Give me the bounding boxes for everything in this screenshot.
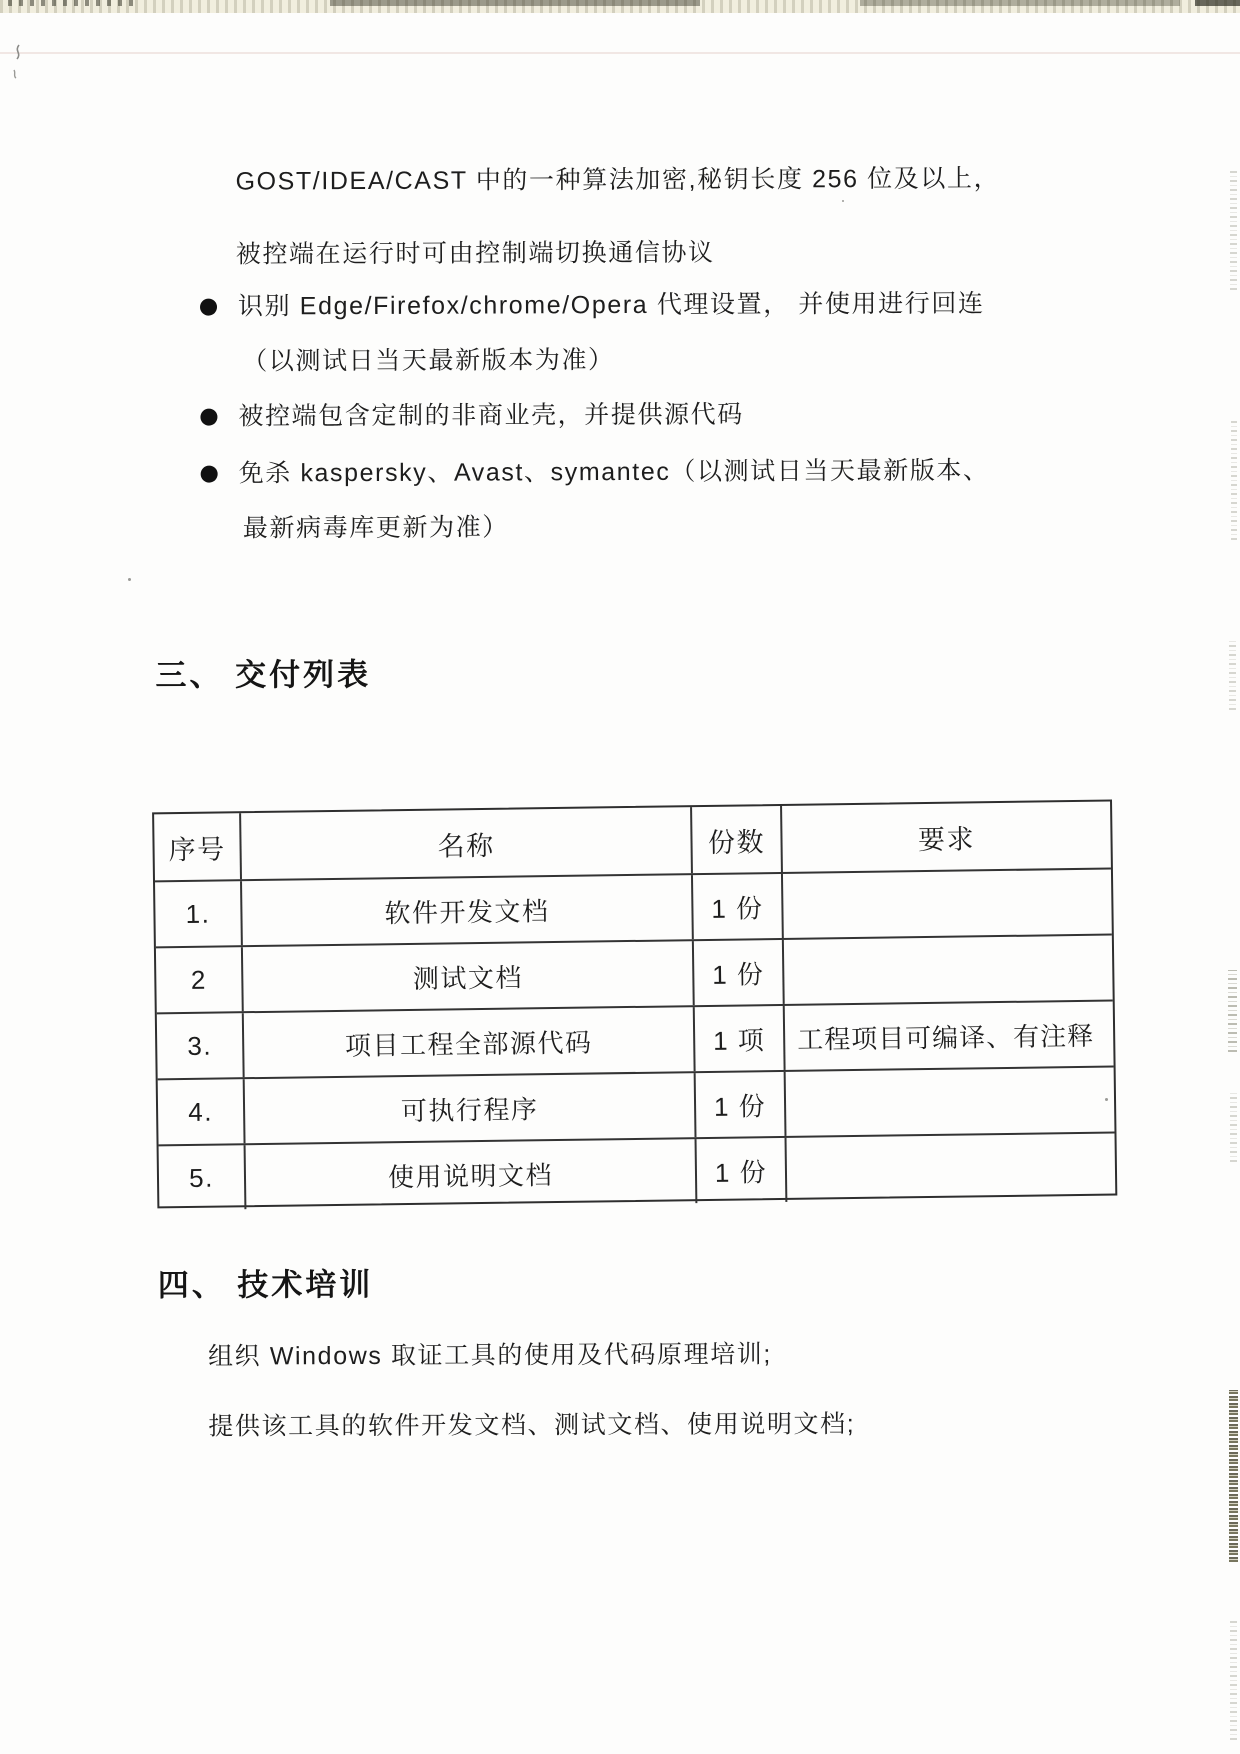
cell-req: 工程项目可编译、有注释 xyxy=(785,1002,1114,1070)
cell-req xyxy=(784,936,1113,1004)
bullet-icon xyxy=(201,466,218,483)
delivery-table: 序号 名称 份数 要求 1. 软件开发文档 1 份 2 测试文档 1 份 3. … xyxy=(152,800,1117,1209)
col-header-no: 序号 xyxy=(154,813,242,880)
section-heading-delivery-list: 三、 交付列表 xyxy=(155,649,371,695)
cell-name: 项目工程全部源代码 xyxy=(244,1007,696,1077)
cell-no: 3. xyxy=(157,1013,245,1078)
document-content: GOST/IDEA/CAST 中的一种算法加密,秘钥长度 256 位及以上， 被… xyxy=(0,0,1240,1754)
table-row: 5. 使用说明文档 1 份 xyxy=(159,1132,1116,1211)
cell-req xyxy=(783,870,1112,938)
section-heading-training: 四、 技术培训 xyxy=(158,1259,374,1305)
bullet-item-proxy-continuation: （以测试日当天最新版本为准） xyxy=(242,343,615,378)
training-paragraph: 提供该工具的软件开发文档、测试文档、使用说明文档; xyxy=(208,1407,855,1443)
col-header-req: 要求 xyxy=(782,802,1111,872)
cell-no: 2 xyxy=(156,947,244,1012)
intro-line: 被控端在运行时可由控制端切换通信协议 xyxy=(236,236,715,272)
cell-name: 测试文档 xyxy=(243,941,695,1011)
cell-req xyxy=(786,1068,1115,1136)
scanned-page: GOST/IDEA/CAST 中的一种算法加密,秘钥长度 256 位及以上， 被… xyxy=(0,0,1240,1754)
bullet-icon xyxy=(200,409,217,426)
cell-no: 4. xyxy=(158,1079,246,1144)
bullet-icon xyxy=(200,299,217,316)
bullet-item-shell: 被控端包含定制的非商业壳，并提供源代码 xyxy=(238,398,744,434)
cell-qty: 1 份 xyxy=(697,1138,788,1203)
cell-no: 5. xyxy=(159,1145,247,1210)
training-paragraph: 组织 Windows 取证工具的使用及代码原理培训; xyxy=(208,1337,772,1373)
cell-req xyxy=(787,1134,1116,1202)
cell-name: 软件开发文档 xyxy=(242,875,694,945)
bullet-item-antivirus-continuation: 最新病毒库更新为准） xyxy=(243,510,509,545)
bullet-item-antivirus: 免杀 kaspersky、Avast、symantec（以测试日当天最新版本、 xyxy=(239,454,990,491)
col-header-name: 名称 xyxy=(241,807,693,879)
cell-qty: 1 份 xyxy=(693,874,784,939)
cell-qty: 1 项 xyxy=(695,1006,786,1071)
cell-name: 使用说明文档 xyxy=(246,1139,698,1209)
bullet-item-proxy: 识别 Edge/Firefox/chrome/Opera 代理设置， 并使用进行… xyxy=(238,287,985,324)
cell-name: 可执行程序 xyxy=(245,1073,697,1143)
cell-qty: 1 份 xyxy=(696,1072,787,1137)
intro-line: GOST/IDEA/CAST 中的一种算法加密,秘钥长度 256 位及以上， xyxy=(235,162,1000,199)
cell-no: 1. xyxy=(155,881,243,946)
col-header-qty: 份数 xyxy=(692,806,783,873)
cell-qty: 1 份 xyxy=(694,940,785,1005)
